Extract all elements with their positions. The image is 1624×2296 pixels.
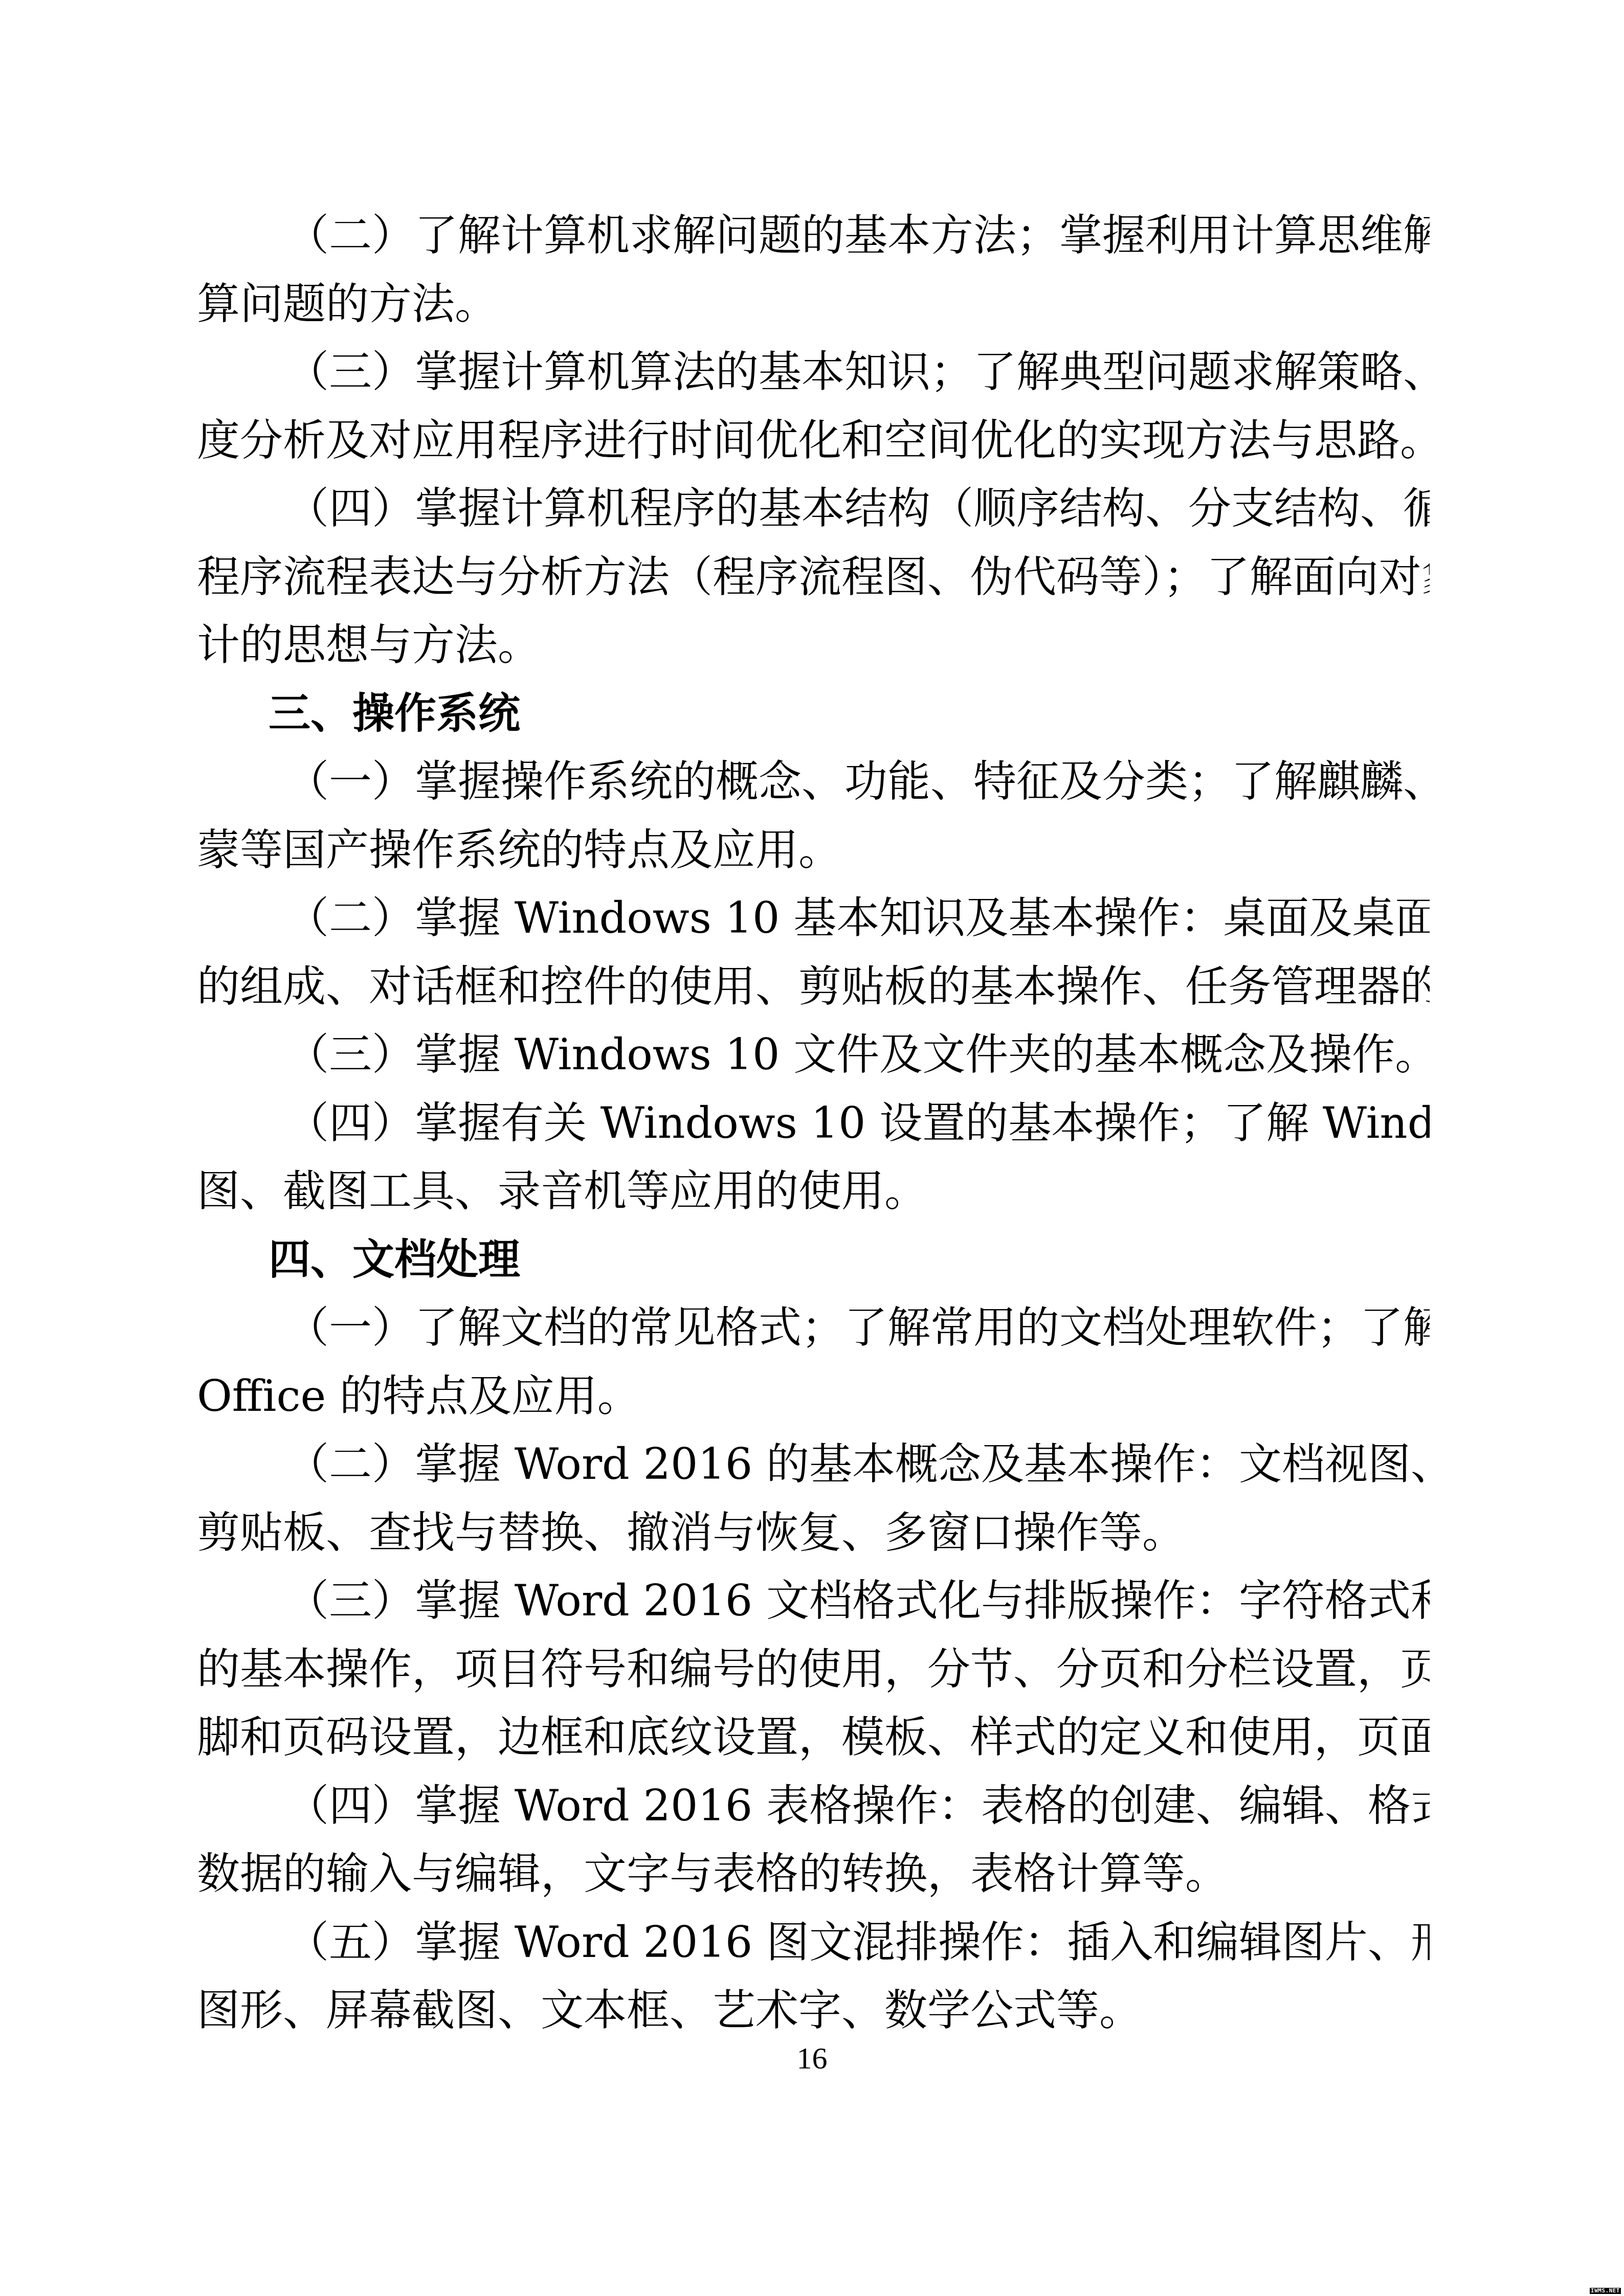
paragraph-line: （二）掌握 Word 2016 的基本概念及基本操作：文档视图、文档编辑、 <box>197 1430 1430 1499</box>
paragraph-line: 算问题的方法。 <box>197 270 1430 339</box>
paragraph-line: （四）掌握有关 Windows 10 设置的基本操作；了解 Windows 10… <box>197 1089 1430 1158</box>
paragraph-line: 的基本操作，项目符号和编号的使用，分节、分页和分栏设置，页眉、页 <box>197 1635 1430 1704</box>
paragraph-line: 剪贴板、查找与替换、撤消与恢复、多窗口操作等。 <box>197 1499 1430 1567</box>
document-page: （二）了解计算机求解问题的基本方法；掌握利用计算思维解决简单计 算问题的方法。 … <box>0 0 1624 2296</box>
paragraph-line: 脚和页码设置，边框和底纹设置，模板、样式的定义和使用，页面设置等。 <box>197 1703 1430 1772</box>
paragraph-line: （一）了解文档的常见格式；了解常用的文档处理软件；了解 WPS <box>197 1294 1430 1362</box>
paragraph-line: （四）掌握计算机程序的基本结构（顺序结构、分支结构、循环结构）、 <box>197 475 1430 543</box>
paragraph-line: 蒙等国产操作系统的特点及应用。 <box>197 816 1430 885</box>
paragraph-line: 的组成、对话框和控件的使用、剪贴板的基本操作、任务管理器的使用等。 <box>197 953 1430 1021</box>
paragraph-line: （三）掌握 Word 2016 文档格式化与排版操作：字符格式和段落格式 <box>197 1567 1430 1635</box>
paragraph-line: （三）掌握计算机算法的基本知识；了解典型问题求解策略、算法复杂 <box>197 338 1430 407</box>
paragraph-line: （二）掌握 Windows 10 基本知识及基本操作：桌面及桌面操作、窗口 <box>197 884 1430 953</box>
section-heading-document-processing: 四、文档处理 <box>197 1226 1430 1294</box>
paragraph-line: （一）掌握操作系统的概念、功能、特征及分类；了解麒麟、统信、鸿 <box>197 748 1430 816</box>
paragraph-line: 图形、屏幕截图、文本框、艺术字、数学公式等。 <box>197 1976 1430 2045</box>
paragraph-line: 程序流程表达与分析方法（程序流程图、伪代码等）；了解面向对象程序设 <box>197 543 1430 612</box>
paragraph-line: 计的思想与方法。 <box>197 611 1430 680</box>
paragraph-line: 数据的输入与编辑，文字与表格的转换，表格计算等。 <box>197 1840 1430 1908</box>
watermark-label: IWMS.NET <box>1590 2288 1621 2294</box>
paragraph-line: （二）了解计算机求解问题的基本方法；掌握利用计算思维解决简单计 <box>197 201 1430 270</box>
section-heading-operating-system: 三、操作系统 <box>197 680 1430 748</box>
page-number: 16 <box>0 2041 1624 2075</box>
paragraph-line: 图、截图工具、录音机等应用的使用。 <box>197 1157 1430 1226</box>
paragraph-line: （四）掌握 Word 2016 表格操作：表格的创建、编辑、格式化，表格中 <box>197 1772 1430 1840</box>
paragraph-line: （三）掌握 Windows 10 文件及文件夹的基本概念及操作。 <box>197 1021 1430 1089</box>
paragraph-line: Office 的特点及应用。 <box>197 1362 1430 1431</box>
paragraph-line: 度分析及对应用程序进行时间优化和空间优化的实现方法与思路。 <box>197 407 1430 475</box>
paragraph-line: （五）掌握 Word 2016 图文混排操作：插入和编辑图片、形状、SmartA… <box>197 1908 1430 1977</box>
document-body: （二）了解计算机求解问题的基本方法；掌握利用计算思维解决简单计 算问题的方法。 … <box>197 201 1430 2045</box>
